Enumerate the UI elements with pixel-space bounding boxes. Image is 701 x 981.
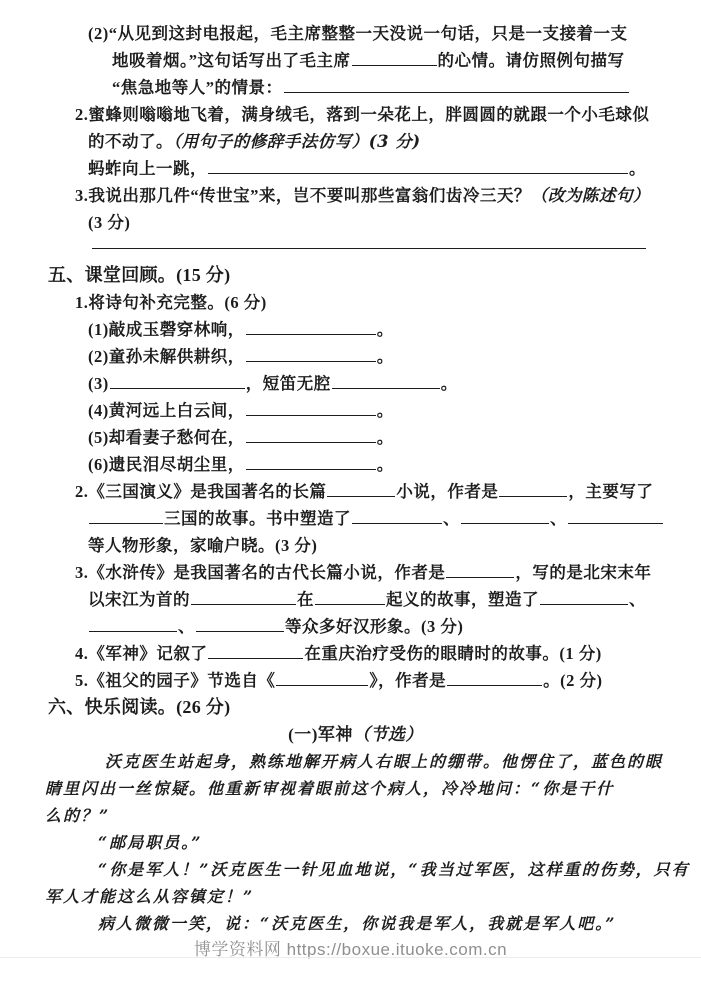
answer-blank[interactable]	[540, 590, 628, 605]
text-segment: 等人物形象，家喻户晓。(3 分)	[88, 536, 317, 555]
answer-blank[interactable]	[332, 374, 440, 389]
answer-blank[interactable]	[352, 51, 437, 66]
answer-blank[interactable]	[327, 482, 395, 497]
answer-blank[interactable]	[284, 78, 629, 93]
text-line: 5.《祖父的园子》节选自《》，作者是。(2 分)	[75, 667, 663, 694]
text-segment: 的心情。请仿照例句描写	[438, 51, 625, 70]
text-segment: 3.《水浒传》是我国著名的古代长篇小说，作者是	[75, 563, 445, 582]
answer-blank[interactable]	[246, 401, 376, 416]
text-line: 3.我说出那几件“传世宝”来，岂不要叫那些富翁们齿冷三天？（改为陈述句）	[75, 182, 663, 209]
text-segment: 地吸着烟。”这句话写出了毛主席	[112, 51, 351, 70]
text-segment: 。	[377, 401, 394, 420]
text-segment: (4)黄河远上白云间，	[88, 401, 245, 420]
answer-blank[interactable]	[89, 509, 163, 524]
text-line: 3.《水浒传》是我国著名的古代长篇小说，作者是，写的是北宋末年	[75, 559, 663, 586]
text-line: (1)敲成玉磬穿林响，。	[88, 316, 663, 343]
answer-blank[interactable]	[110, 374, 245, 389]
text-segment: “你是军人！”沃克医生一针见血地说，“我当过军医，这样重的伤势，只有	[98, 860, 690, 879]
text-segment: 3.我说出那几件“传世宝”来，岂不要叫那些富翁们齿冷三天？	[75, 186, 531, 205]
text-segment: 五、课堂回顾。(15 分)	[48, 265, 230, 285]
text-line: 三国的故事。书中塑造了、、	[88, 505, 663, 532]
answer-blank[interactable]	[89, 617, 177, 632]
text-segment: ，主要写了	[568, 482, 653, 501]
text-segment: “焦急地等人”的情景：	[112, 78, 283, 97]
exam-content: (2)“从见到这封电报起，毛主席整整一天没说一句话，只是一支接着一支地吸着烟。”…	[0, 0, 701, 937]
answer-blank[interactable]	[191, 590, 296, 605]
text-line: 2.蜜蜂则嗡嗡地飞着，满身绒毛，落到一朵花上，胖圆圆的就跟一个小毛球似	[75, 101, 663, 128]
text-line: “邮局职员。”	[98, 829, 663, 856]
exam-paper-page: (2)“从见到这封电报起，毛主席整整一天没说一句话，只是一支接着一支地吸着烟。”…	[0, 0, 701, 981]
bottom-divider	[0, 957, 701, 958]
answer-blank[interactable]	[246, 455, 376, 470]
answer-blank[interactable]	[246, 320, 376, 335]
text-segment: 以宋江为首的	[88, 590, 190, 609]
text-line: 蚂蚱向上一跳，。	[88, 155, 663, 182]
answer-blank[interactable]	[246, 428, 376, 443]
text-segment: 的不动了。	[88, 132, 173, 151]
text-segment: 》，作者是	[369, 671, 446, 690]
answer-blank[interactable]	[246, 347, 376, 362]
passage-title: (一)军神（节选）	[48, 721, 663, 748]
answer-blank[interactable]	[568, 509, 663, 524]
text-segment: 军人才能这么从容镇定！”	[45, 887, 254, 906]
text-segment: （用句子的修辞手法仿写）(3 分)	[173, 132, 421, 151]
text-segment: 、	[443, 509, 460, 528]
text-segment: 。	[377, 320, 394, 339]
section-heading: 六、快乐阅读。(26 分)	[48, 694, 663, 721]
text-segment: 。(2 分)	[543, 671, 602, 690]
text-line: (3 分)	[88, 209, 663, 236]
text-segment: （改为陈述句）	[531, 186, 650, 205]
text-segment: ，写的是北宋末年	[515, 563, 651, 582]
text-segment: 病人微微一笑，说：“沃克医生，你说我是军人，我就是军人吧。”	[98, 914, 616, 933]
text-segment: (1)敲成玉磬穿林响，	[88, 320, 245, 339]
text-segment: 1.将诗句补充完整。(6 分)	[75, 293, 267, 312]
text-line: 1.将诗句补充完整。(6 分)	[75, 289, 663, 316]
text-line: 4.《军神》记叙了在重庆治疗受伤的眼睛时的故事。(1 分)	[75, 640, 663, 667]
text-segment: 睛里闪出一丝惊疑。他重新审视着眼前这个病人，冷冷地问：“你是干什	[45, 779, 614, 798]
text-line: 、等众多好汉形象。(3 分)	[88, 613, 663, 640]
text-segment: ，短笛无腔	[246, 374, 331, 393]
text-line: 的不动了。（用句子的修辞手法仿写）(3 分)	[88, 128, 663, 155]
section-heading: 五、课堂回顾。(15 分)	[48, 262, 663, 289]
text-segment: 在重庆治疗受伤的眼睛时的故事。(1 分)	[304, 644, 601, 663]
answer-blank[interactable]	[276, 671, 368, 686]
text-line: 么的？”	[45, 802, 663, 829]
text-segment: 2.《三国演义》是我国著名的长篇	[75, 482, 326, 501]
text-line: (4)黄河远上白云间，。	[88, 397, 663, 424]
text-line: 军人才能这么从容镇定！”	[45, 883, 663, 910]
text-line: 等人物形象，家喻户晓。(3 分)	[88, 532, 663, 559]
text-line: (2)“从见到这封电报起，毛主席整整一天没说一句话，只是一支接着一支	[88, 20, 663, 47]
text-segment: 。	[377, 428, 394, 447]
text-line: (3)，短笛无腔。	[88, 370, 663, 397]
text-segment: 。	[377, 347, 394, 366]
text-segment: (5)却看妻子愁何在，	[88, 428, 245, 447]
text-segment: 六、快乐阅读。(26 分)	[48, 697, 230, 717]
text-line: “你是军人！”沃克医生一针见血地说，“我当过军医，这样重的伤势，只有	[98, 856, 663, 883]
text-segment: 起义的故事，塑造了	[386, 590, 539, 609]
text-line: 沃克医生站起身，熟练地解开病人右眼上的绷带。他愣住了，蓝色的眼	[105, 748, 663, 775]
text-segment: 2.蜜蜂则嗡嗡地飞着，满身绒毛，落到一朵花上，胖圆圆的就跟一个小毛球似	[75, 105, 649, 124]
text-segment: 、	[178, 617, 195, 636]
text-segment: 等众多好汉形象。(3 分)	[285, 617, 463, 636]
text-segment: 在	[297, 590, 314, 609]
text-line: 2.《三国演义》是我国著名的长篇小说，作者是，主要写了	[75, 478, 663, 505]
text-segment: 、	[550, 509, 567, 528]
text-segment: (3)	[88, 374, 109, 393]
text-segment: 么的？”	[45, 806, 110, 825]
answer-blank[interactable]	[208, 644, 303, 659]
text-segment: （节选）	[353, 725, 423, 745]
answer-blank[interactable]	[315, 590, 385, 605]
answer-blank[interactable]	[447, 671, 542, 686]
text-segment: 。	[441, 374, 458, 393]
text-line: (5)却看妻子愁何在，。	[88, 424, 663, 451]
text-line: 睛里闪出一丝惊疑。他重新审视着眼前这个病人，冷冷地问：“你是干什	[45, 775, 663, 802]
text-segment: (3 分)	[88, 213, 130, 232]
text-segment: 三国的故事。书中塑造了	[164, 509, 351, 528]
answer-blank[interactable]	[446, 563, 514, 578]
text-segment: “邮局职员。”	[98, 833, 202, 852]
text-segment: (2)童孙未解供耕织，	[88, 347, 245, 366]
text-segment: 蚂蚱向上一跳，	[88, 159, 207, 178]
answer-blank[interactable]	[92, 236, 646, 249]
text-segment: 。	[629, 159, 646, 178]
text-line: “焦急地等人”的情景：	[112, 74, 663, 101]
answer-blank[interactable]	[499, 482, 567, 497]
text-segment: (一)军神	[288, 725, 353, 744]
text-segment: 5.《祖父的园子》节选自《	[75, 671, 275, 690]
text-line: 地吸着烟。”这句话写出了毛主席的心情。请仿照例句描写	[112, 47, 663, 74]
text-line: 病人微微一笑，说：“沃克医生，你说我是军人，我就是军人吧。”	[98, 910, 663, 937]
text-segment: (2)“从见到这封电报起，毛主席整整一天没说一句话，只是一支接着一支	[88, 24, 628, 43]
text-segment: 小说，作者是	[396, 482, 498, 501]
text-line: 以宋江为首的在起义的故事，塑造了、	[88, 586, 663, 613]
text-segment: 、	[629, 590, 646, 609]
text-segment: (6)遗民泪尽胡尘里，	[88, 455, 245, 474]
text-segment: 。	[377, 455, 394, 474]
text-line: (2)童孙未解供耕织，。	[88, 343, 663, 370]
answer-blank[interactable]	[208, 159, 628, 174]
answer-line	[91, 236, 663, 252]
answer-blank[interactable]	[461, 509, 549, 524]
answer-blank[interactable]	[352, 509, 442, 524]
text-line: (6)遗民泪尽胡尘里，。	[88, 451, 663, 478]
text-segment: 沃克医生站起身，熟练地解开病人右眼上的绷带。他愣住了，蓝色的眼	[105, 752, 663, 771]
text-segment: 4.《军神》记叙了	[75, 644, 207, 663]
answer-blank[interactable]	[196, 617, 284, 632]
